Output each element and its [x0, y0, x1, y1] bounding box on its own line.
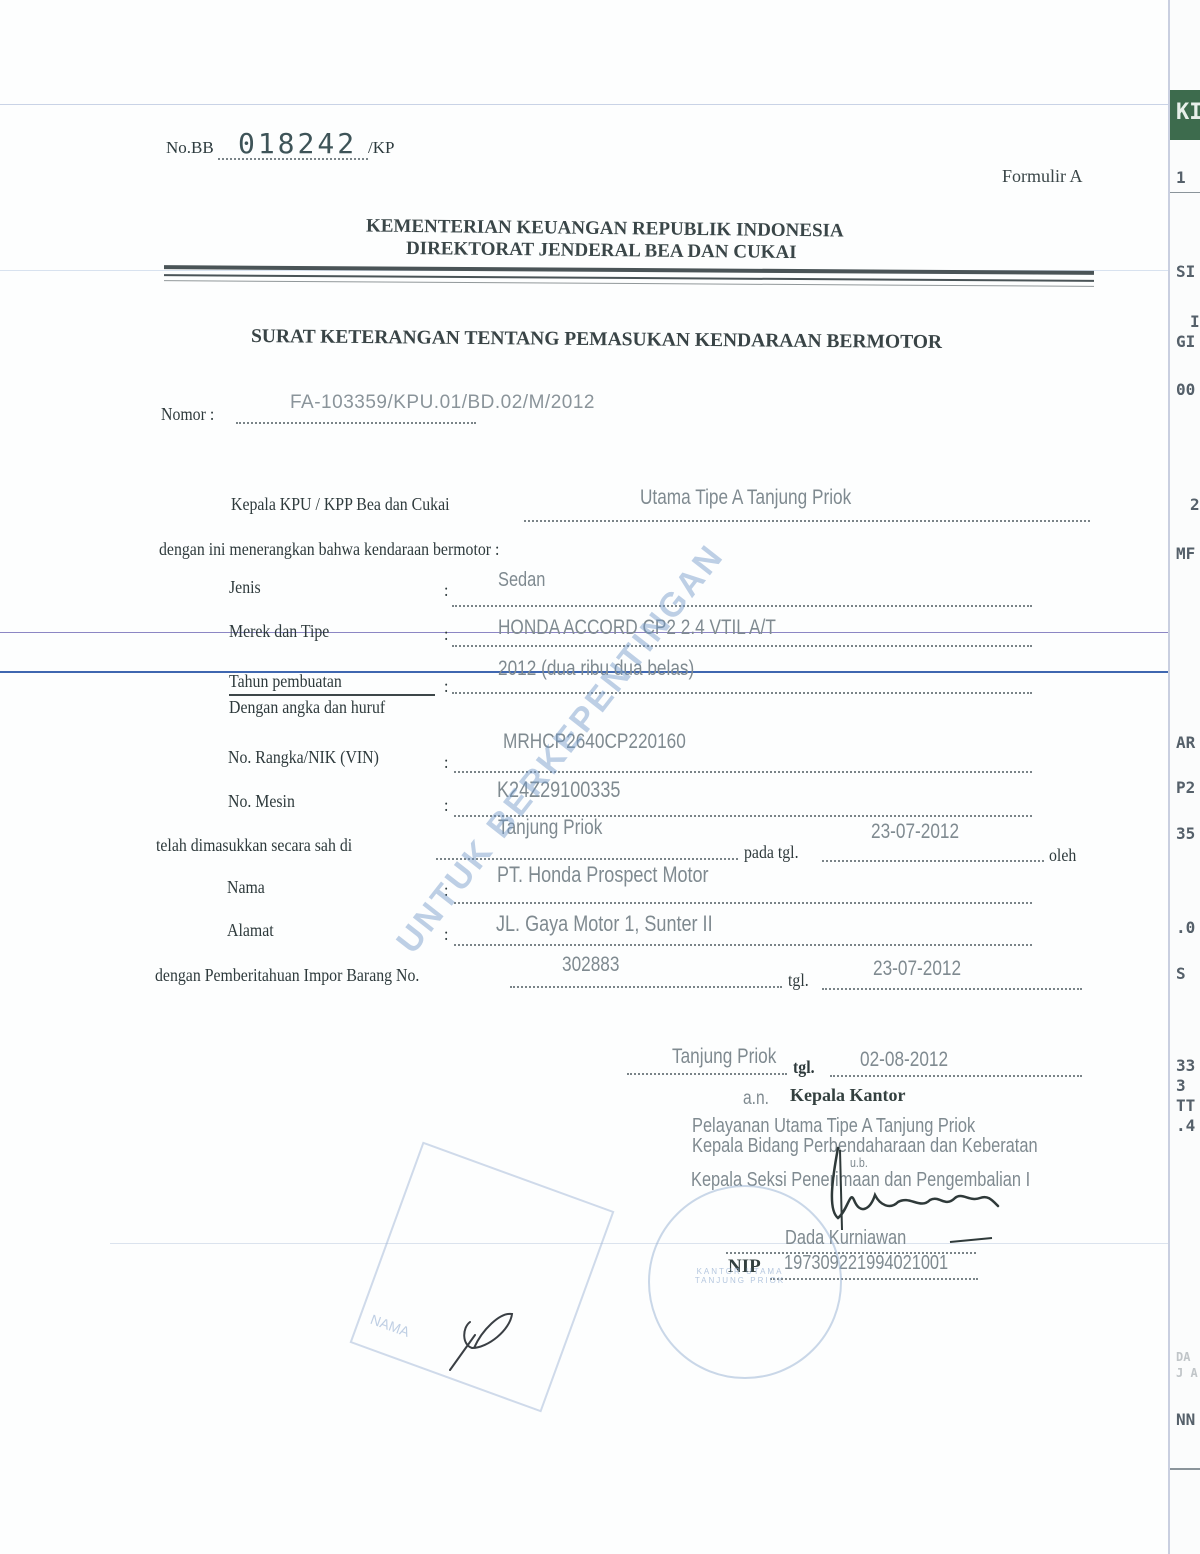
rangka-label: No. Rangka/NIK (VIN) — [228, 747, 379, 768]
nama-value: PT. Honda Prospect Motor — [497, 862, 709, 888]
tahun-label-rule — [229, 694, 435, 696]
sign-line1: Pelayanan Utama Tipe A Tanjung Priok — [692, 1116, 975, 1136]
merek-label: Merek dan Tipe — [229, 621, 329, 642]
nama-dots — [454, 902, 1032, 904]
adjacent-page-edge: KI 1 SI I GI 00 2 MF AR P2 35 .0 S 33 3 … — [1168, 0, 1200, 1554]
number-value: 018242 — [238, 127, 357, 160]
edge-text: GI — [1176, 332, 1195, 351]
entry-date-dots — [822, 860, 1044, 862]
intro-text: dengan ini menerangkan bahwa kendaraan b… — [159, 539, 499, 560]
merek-dots — [452, 645, 1032, 647]
sign-an: a.n. — [743, 1088, 769, 1110]
office-value: Utama Tipe A Tanjung Priok — [640, 486, 851, 510]
pib-number-dots — [510, 986, 782, 988]
circle-stamp-text: KANTOR UTAMA TANJUNG PRIOK — [680, 1267, 800, 1285]
sign-date: 02-08-2012 — [860, 1048, 948, 1072]
sign-kepala: Kepala Kantor — [790, 1085, 906, 1106]
jenis-dots — [452, 605, 1032, 607]
edge-text: J A — [1176, 1366, 1198, 1380]
jenis-label: Jenis — [229, 577, 261, 598]
entry-by-label: oleh — [1049, 845, 1076, 866]
colon: : — [444, 795, 448, 816]
mesin-label: No. Mesin — [228, 791, 295, 812]
jenis-value: Sedan — [498, 569, 545, 592]
tahun-label: Tahun pembuatan — [229, 671, 342, 692]
sign-date-label: tgl. — [793, 1057, 815, 1078]
number-suffix: /KP — [368, 138, 394, 157]
edge-text: KI — [1176, 100, 1200, 125]
edge-text: SI — [1176, 262, 1195, 281]
edge-text: AR — [1176, 733, 1195, 752]
colon: : — [444, 676, 448, 697]
rect-stamp-text: NAMA — [368, 1311, 411, 1340]
alamat-dots — [454, 944, 1032, 946]
scan-line-top — [0, 104, 1200, 105]
edge-rule — [1170, 192, 1200, 193]
entry-label: telah dimasukkan secara sah di — [156, 835, 352, 856]
office-dots — [524, 520, 1090, 522]
number-prefix: No.BB — [166, 138, 214, 157]
sign-date-dots — [830, 1075, 1082, 1077]
alamat-label: Alamat — [227, 920, 274, 941]
nomor-dots — [236, 422, 476, 424]
office-label: Kepala KPU / KPP Bea dan Cukai — [231, 494, 450, 515]
edge-text: P2 — [1176, 778, 1195, 797]
header-rule-thick — [164, 265, 1094, 275]
edge-rule — [1170, 1468, 1200, 1470]
edge-text: 1 — [1176, 168, 1186, 187]
tahun-sublabel: Dengan angka dan huruf — [229, 697, 385, 718]
edge-text: S — [1176, 964, 1186, 983]
colon: : — [444, 580, 448, 601]
nama-label: Nama — [227, 877, 265, 898]
edge-text: 3 — [1176, 1076, 1186, 1095]
edge-text: TT — [1176, 1096, 1195, 1115]
number-dots: 018242 — [218, 138, 368, 160]
edge-text: 00 — [1176, 380, 1195, 399]
edge-text: .4 — [1176, 1116, 1195, 1135]
sign-place: Tanjung Priok — [672, 1045, 776, 1069]
nomor-label: Nomor : — [161, 404, 214, 425]
edge-text: I — [1190, 312, 1200, 331]
pib-date-dots — [822, 988, 1082, 990]
edge-text: 33 — [1176, 1056, 1195, 1075]
pib-date-label: tgl. — [788, 970, 809, 991]
colon: : — [444, 624, 448, 645]
sign-place-dots — [627, 1073, 787, 1075]
pib-label: dengan Pemberitahuan Impor Barang No. — [155, 965, 419, 986]
form-label: Formulir A — [1002, 166, 1083, 187]
edge-text: 2 — [1190, 495, 1200, 514]
document-title: SURAT KETERANGAN TENTANG PEMASUKAN KENDA… — [251, 326, 942, 354]
pib-number: 302883 — [562, 953, 619, 977]
edge-text: .0 — [1176, 918, 1195, 937]
edge-text: NN — [1176, 1410, 1195, 1429]
colon: : — [444, 752, 448, 773]
edge-text: DA — [1176, 1350, 1190, 1364]
entry-date-label: pada tgl. — [744, 842, 799, 863]
scan-line-lower — [110, 1243, 1170, 1244]
edge-text: 35 — [1176, 824, 1195, 843]
directorate-title: DIREKTORAT JENDERAL BEA DAN CUKAI — [406, 238, 797, 264]
circle-stamp: KANTOR UTAMA TANJUNG PRIOK — [648, 1185, 842, 1379]
alamat-value: JL. Gaya Motor 1, Sunter II — [496, 911, 713, 937]
tahun-dots — [452, 692, 1032, 694]
header-rule-thin-2 — [164, 280, 1094, 287]
entry-date: 23-07-2012 — [871, 820, 959, 844]
pib-date: 23-07-2012 — [873, 957, 961, 981]
nomor-value: FA-103359/KPU.01/BD.02/M/2012 — [290, 392, 595, 414]
initial-scribble-icon — [440, 1300, 530, 1380]
document-number: No.BB 018242 /KP — [166, 138, 394, 160]
edge-text: MF — [1176, 544, 1195, 563]
